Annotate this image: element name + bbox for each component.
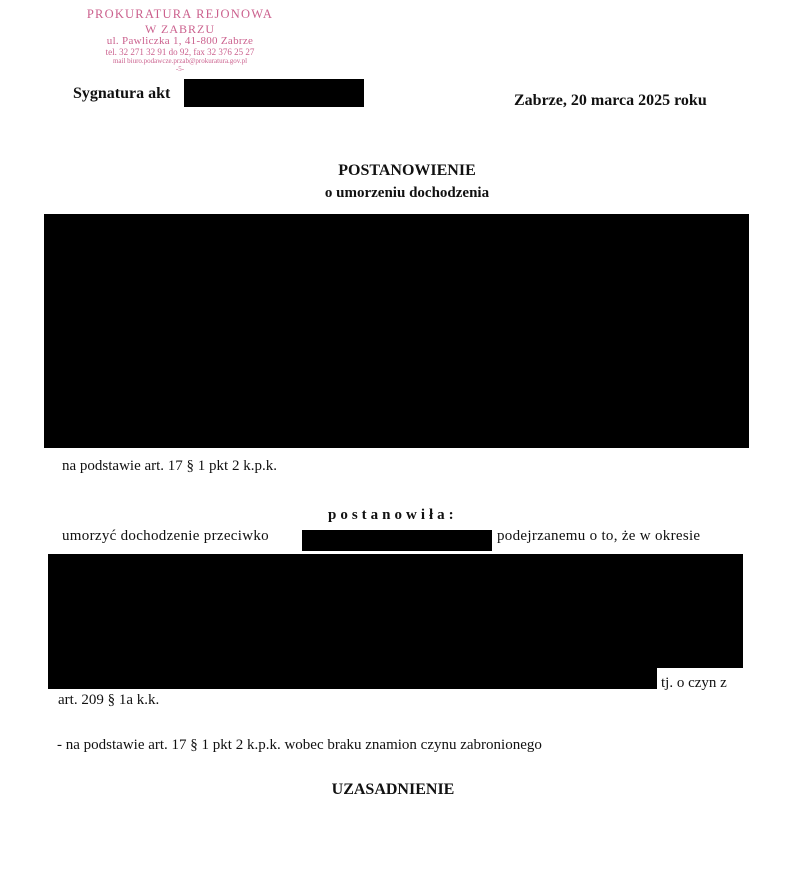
redacted-block-1 (44, 214, 749, 448)
redacted-case-number (184, 79, 364, 107)
stamp-line-3: ul. Pawliczka 1, 41-800 Zabrze (70, 36, 290, 47)
redacted-block-2 (48, 554, 743, 668)
document-subtitle: o umorzeniu dochodzenia (0, 185, 786, 202)
document-title: POSTANOWIENIE (0, 162, 786, 180)
decision-line-end: podejrzanemu o to, że w okresie (497, 528, 700, 545)
redacted-block-2-lower (48, 667, 657, 689)
stamp-line-1: PROKURATURA REJONOWA (70, 8, 290, 21)
decision-heading: postanowiła: (328, 507, 458, 524)
stamp-line-6: -5- (70, 66, 290, 73)
stamp-line-5: mail biuro.podawcze.przab@prokuratura.go… (70, 58, 290, 65)
justification-heading: UZASADNIENIE (0, 781, 786, 799)
reason-line: - na podstawie art. 17 § 1 pkt 2 k.p.k. … (57, 737, 542, 754)
offense-article-text: art. 209 § 1a k.k. (58, 692, 159, 709)
signature-label: Sygnatura akt (73, 85, 170, 103)
stamp-line-2: W ZABRZU (70, 23, 290, 35)
prosecutor-office-stamp: PROKURATURA REJONOWA W ZABRZU ul. Pawlic… (70, 6, 290, 73)
place-and-date: Zabrze, 20 marca 2025 roku (514, 92, 707, 110)
stamp-line-4: tel. 32 271 32 91 do 92, fax 32 376 25 2… (70, 48, 290, 57)
redacted-suspect-name (302, 530, 492, 551)
legal-basis-text: na podstawie art. 17 § 1 pkt 2 k.p.k. (62, 458, 277, 475)
offense-tail-text: tj. o czyn z (661, 675, 727, 692)
decision-line-start: umorzyć dochodzenie przeciwko (62, 528, 269, 545)
